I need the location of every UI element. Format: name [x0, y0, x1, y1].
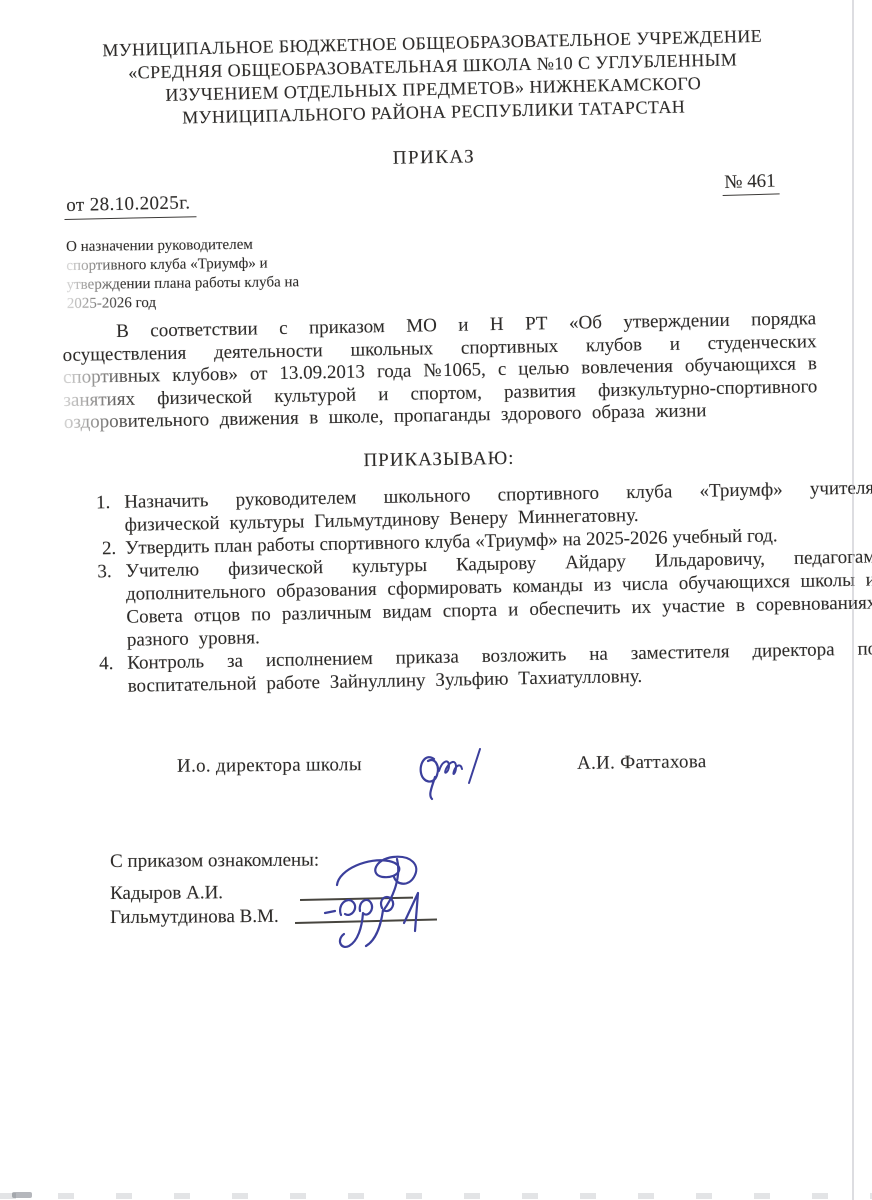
order-date: от 28.10.2025г. [64, 192, 197, 220]
scan-edge-line [852, 0, 854, 1200]
scan-noise-dot [12, 1192, 32, 1198]
director-signature-ink [408, 733, 506, 805]
scanned-order-document: МУНИЦИПАЛЬНОЕ БЮДЖЕТНОЕ ОБЩЕОБРАЗОВАТЕЛЬ… [0, 0, 872, 1200]
acknowledged-name-2: Гильмутдинова В.М. [110, 906, 279, 929]
order-number: № 461 [722, 170, 780, 196]
document-title: ПРИКАЗ [62, 141, 806, 176]
order-subject: О назначении руководителем спортивного к… [66, 234, 407, 314]
acknowledged-name-1: Кадыров А.И. [110, 882, 223, 905]
scan-noise-strip [0, 1193, 872, 1199]
signer-role: И.о. директора школы [177, 754, 362, 778]
resolution-word: ПРИКАЗЫВАЮ: [62, 443, 816, 477]
acknowledgement-title: С приказом ознакомлены: [110, 850, 319, 873]
order-items-list: Назначить руководителем школьного спорти… [62, 476, 872, 699]
order-item-3: Учителю физической культуры Кадырову Айд… [121, 545, 872, 651]
preamble-paragraph: В соответствии с приказом МО и Н РТ «Об … [62, 308, 818, 435]
institution-header: МУНИЦИПАЛЬНОЕ БЮДЖЕТНОЕ ОБЩЕОБРАЗОВАТЕЛЬ… [60, 24, 806, 132]
signer-name: А.И. Фаттахова [577, 751, 707, 775]
subject-line: 2025-2026 год [67, 291, 407, 314]
gilmutdinova-signature-ink [320, 883, 456, 953]
